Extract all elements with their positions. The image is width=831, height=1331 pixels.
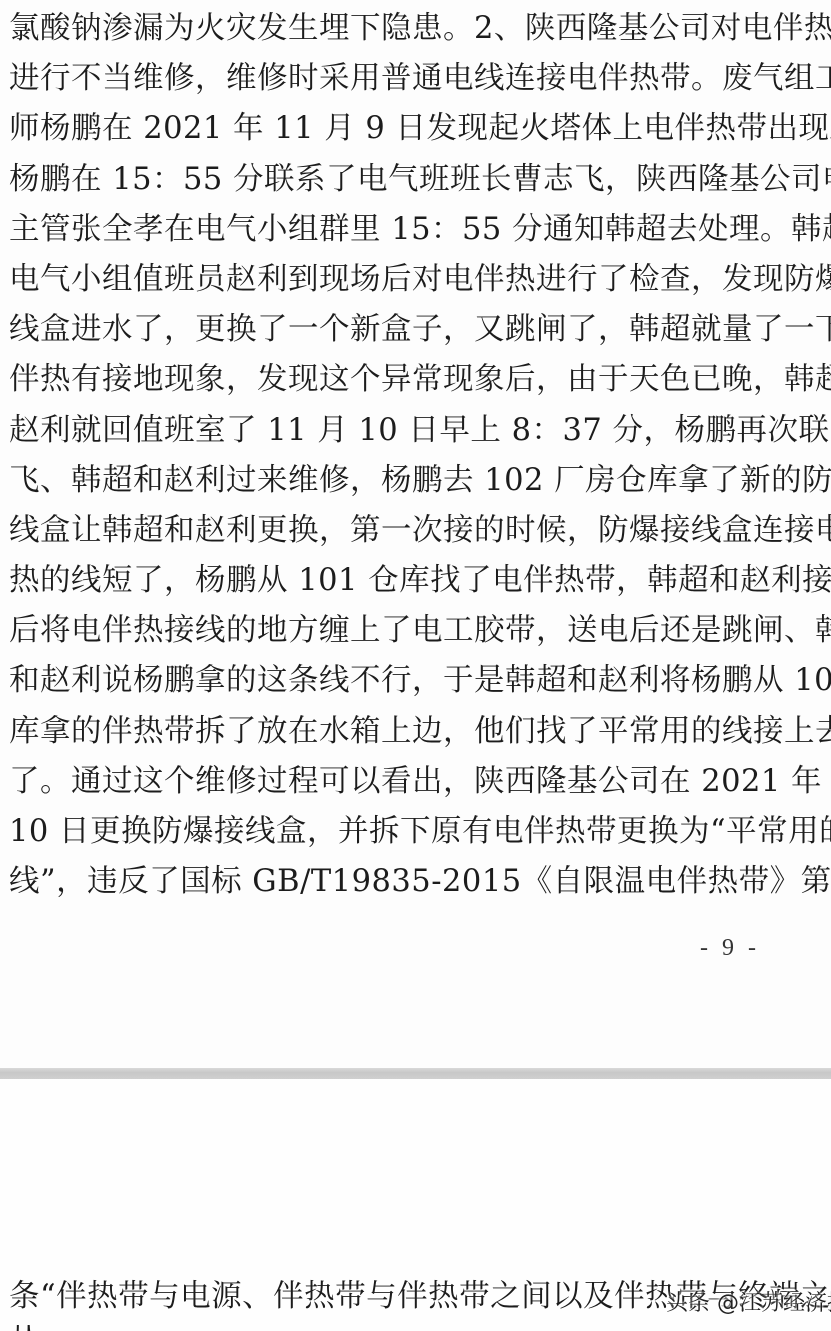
- text-line: 了。通过这个维修过程可以看出，陕西隆基公司在 2021 年 11 月: [9, 757, 767, 807]
- text-line: 后将电伴热接线的地方缠上了电工胶带，送电后还是跳闸、韩超: [9, 606, 767, 656]
- text-line: 伴热有接地现象，发现这个异常现象后，由于天色已晚，韩超和: [9, 355, 767, 405]
- text-line: 飞、韩超和赵利过来维修，杨鹏去 102 厂房仓库拿了新的防爆接: [9, 456, 767, 506]
- watermark: 头条 @江苏经济报: [666, 1286, 831, 1317]
- text-line: 主管张全孝在电气小组群里 15：55 分通知韩超去处理。韩超和: [9, 205, 767, 255]
- text-line: 库拿的伴热带拆了放在水箱上边，他们找了平常用的线接上去: [9, 707, 767, 757]
- text-line: 和赵利说杨鹏拿的这条线不行，于是韩超和赵利将杨鹏从 101 仓: [9, 656, 767, 706]
- text-line: 进行不当维修，维修时采用普通电线连接电伴热带。废气组工程: [9, 54, 767, 104]
- text-line: 线盒让韩超和赵利更换，第一次接的时候，防爆接线盒连接电伴: [9, 506, 767, 556]
- text-line: 赵利就回值班室了 11 月 10 日早上 8：37 分，杨鹏再次联系曹志: [9, 406, 767, 456]
- text-line: 10 日更换防爆接线盒，并拆下原有电伴热带更换为“平常用的: [9, 807, 767, 857]
- text-line: 线”，违反了国标 GB/T19835-2015《自限温电伴热带》第 5.3.1: [9, 857, 769, 907]
- text-line-partial: 从: [9, 1325, 40, 1331]
- text-line: 师杨鹏在 2021 年 11 月 9 日发现起火塔体上电伴热带出现跳闸，: [9, 104, 767, 154]
- document-page-9: 氯酸钠渗漏为火灾发生埋下隐患。2、陕西隆基公司对电伴热带 进行不当维修，维修时采…: [0, 0, 831, 1068]
- page-separator: [0, 1068, 831, 1079]
- body-text: 氯酸钠渗漏为火灾发生埋下隐患。2、陕西隆基公司对电伴热带 进行不当维修，维修时采…: [9, 4, 769, 907]
- text-line: 线盒进水了，更换了一个新盒子，又跳闸了，韩超就量了一下电: [9, 305, 767, 355]
- page-number: - 9 -: [700, 935, 760, 962]
- text-line: 热的线短了，杨鹏从 101 仓库找了电伴热带，韩超和赵利接上以: [9, 556, 767, 606]
- text-line: 氯酸钠渗漏为火灾发生埋下隐患。2、陕西隆基公司对电伴热带: [9, 4, 767, 54]
- text-line: 杨鹏在 15：55 分联系了电气班班长曹志飞，陕西隆基公司电气: [9, 155, 767, 205]
- text-line: 电气小组值班员赵利到现场后对电伴热进行了检查，发现防爆接: [9, 255, 767, 305]
